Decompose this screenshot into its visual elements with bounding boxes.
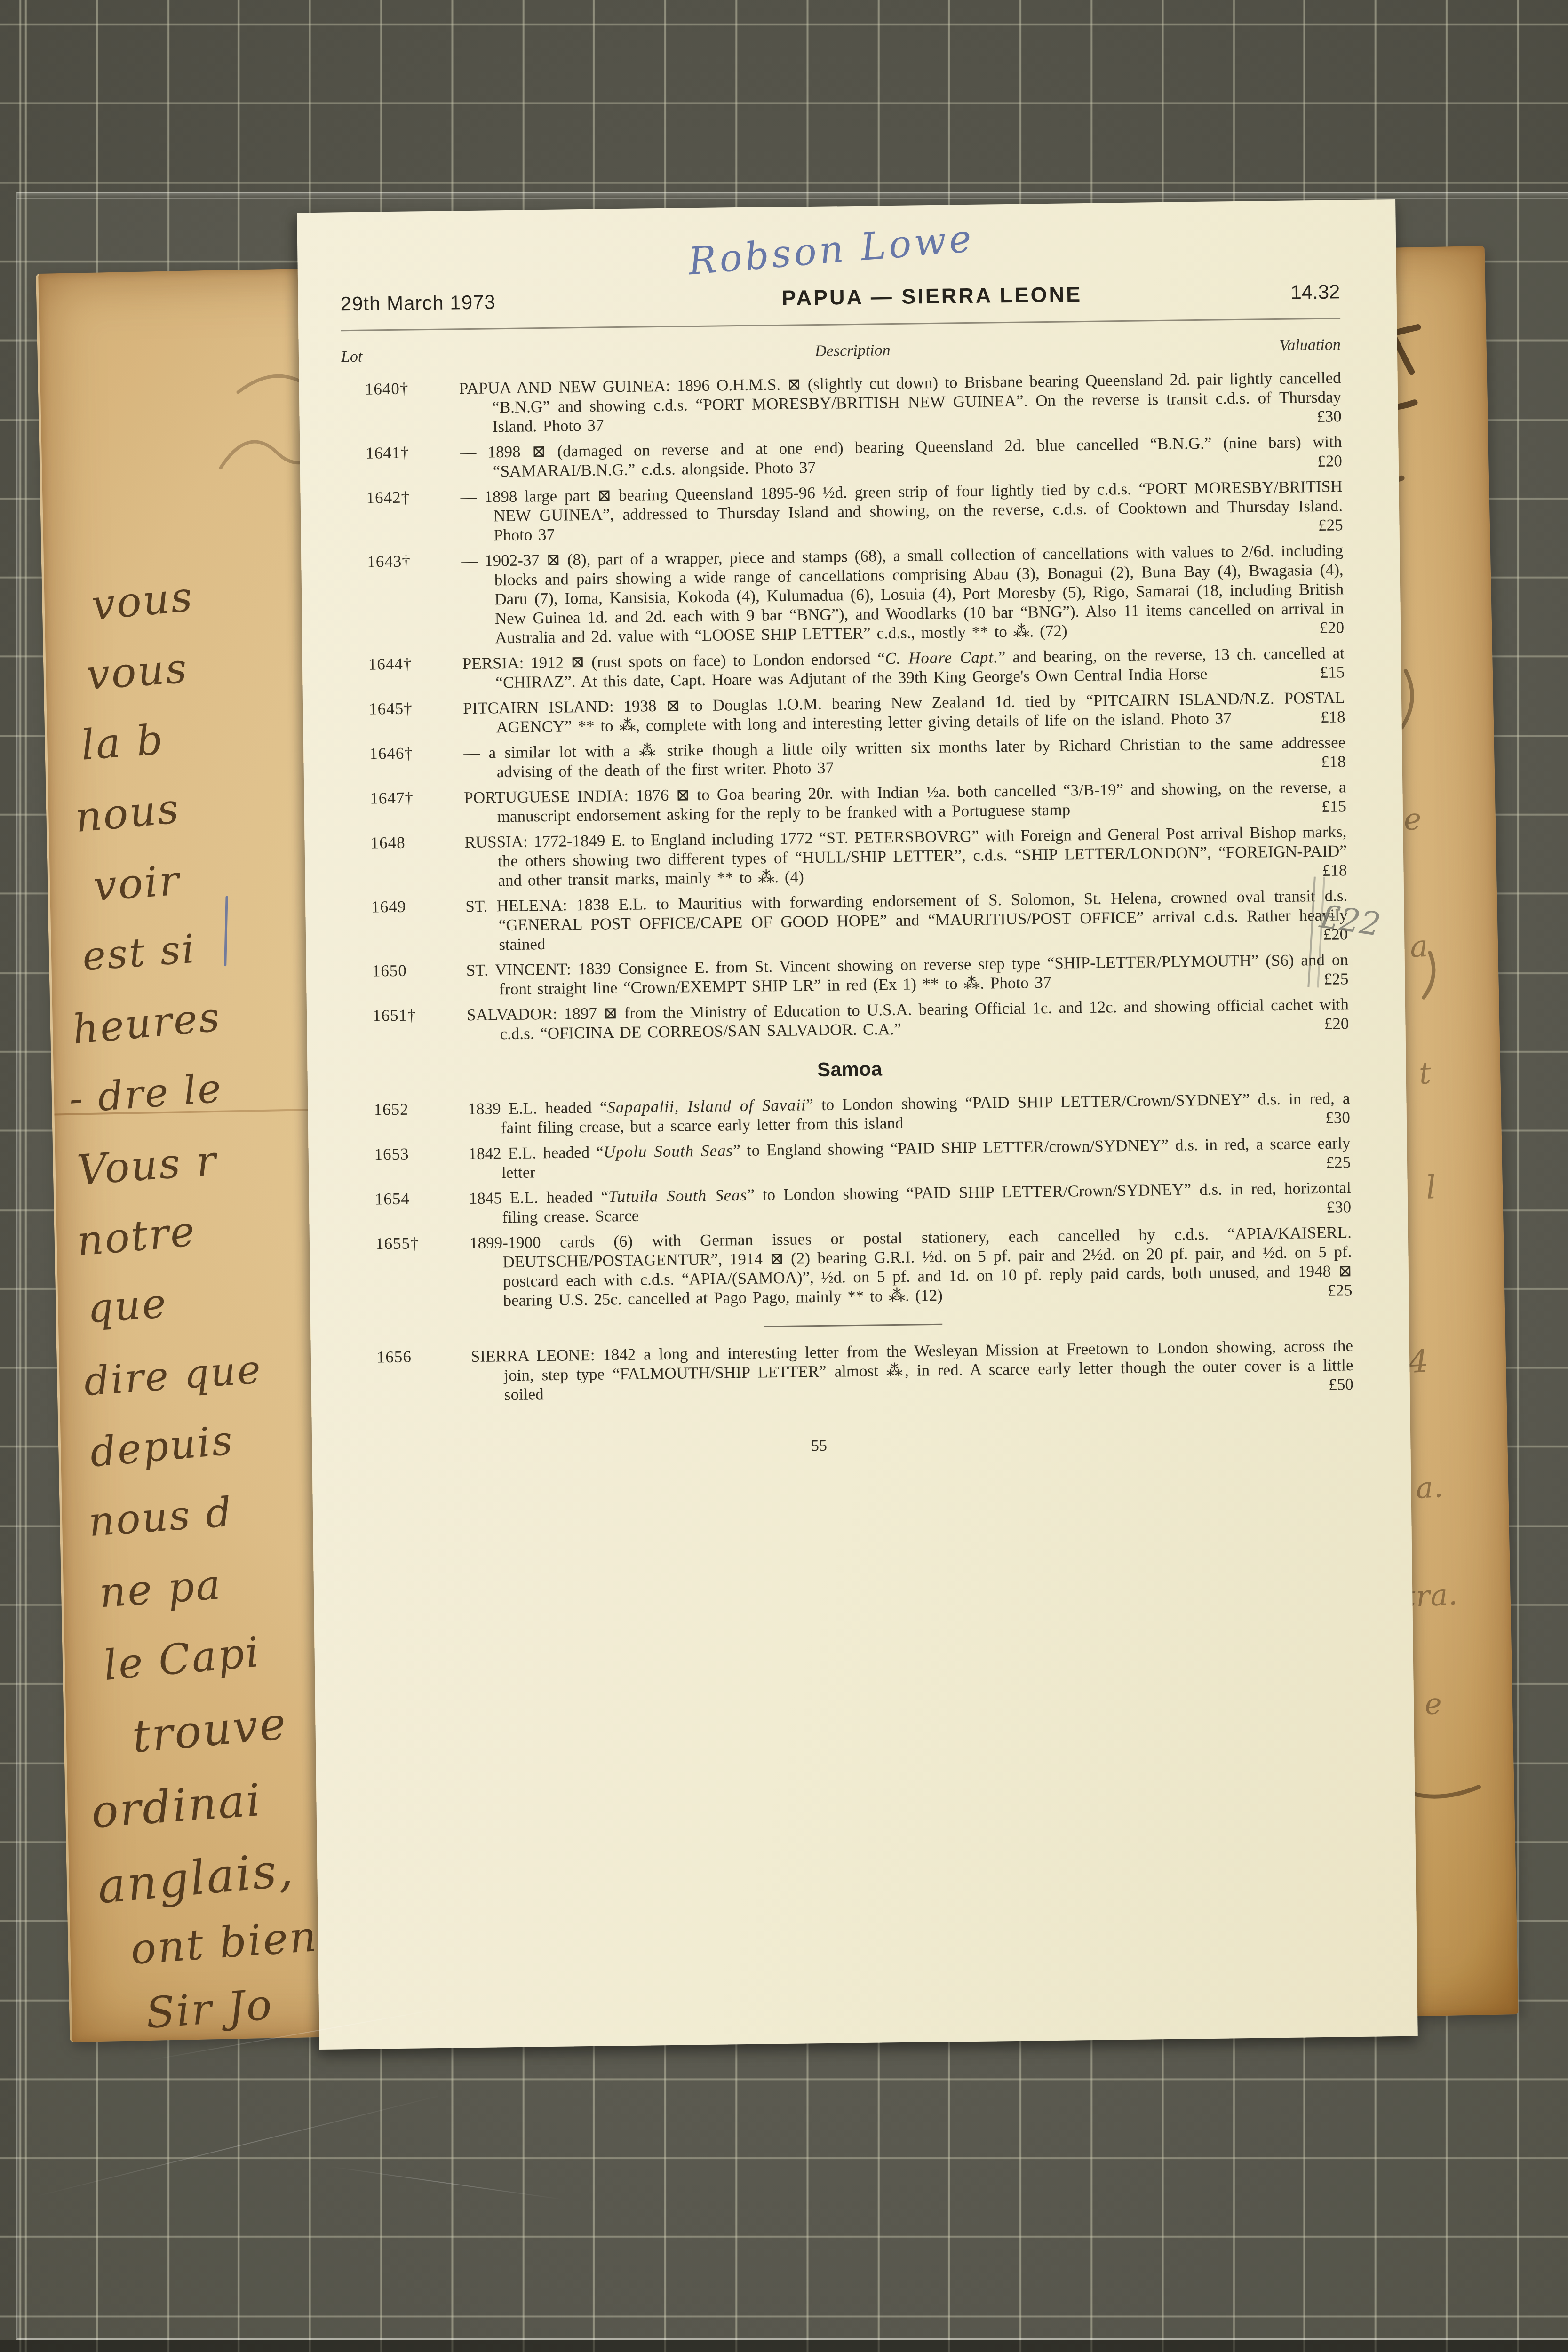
- glass-sheet: [16, 192, 1568, 2340]
